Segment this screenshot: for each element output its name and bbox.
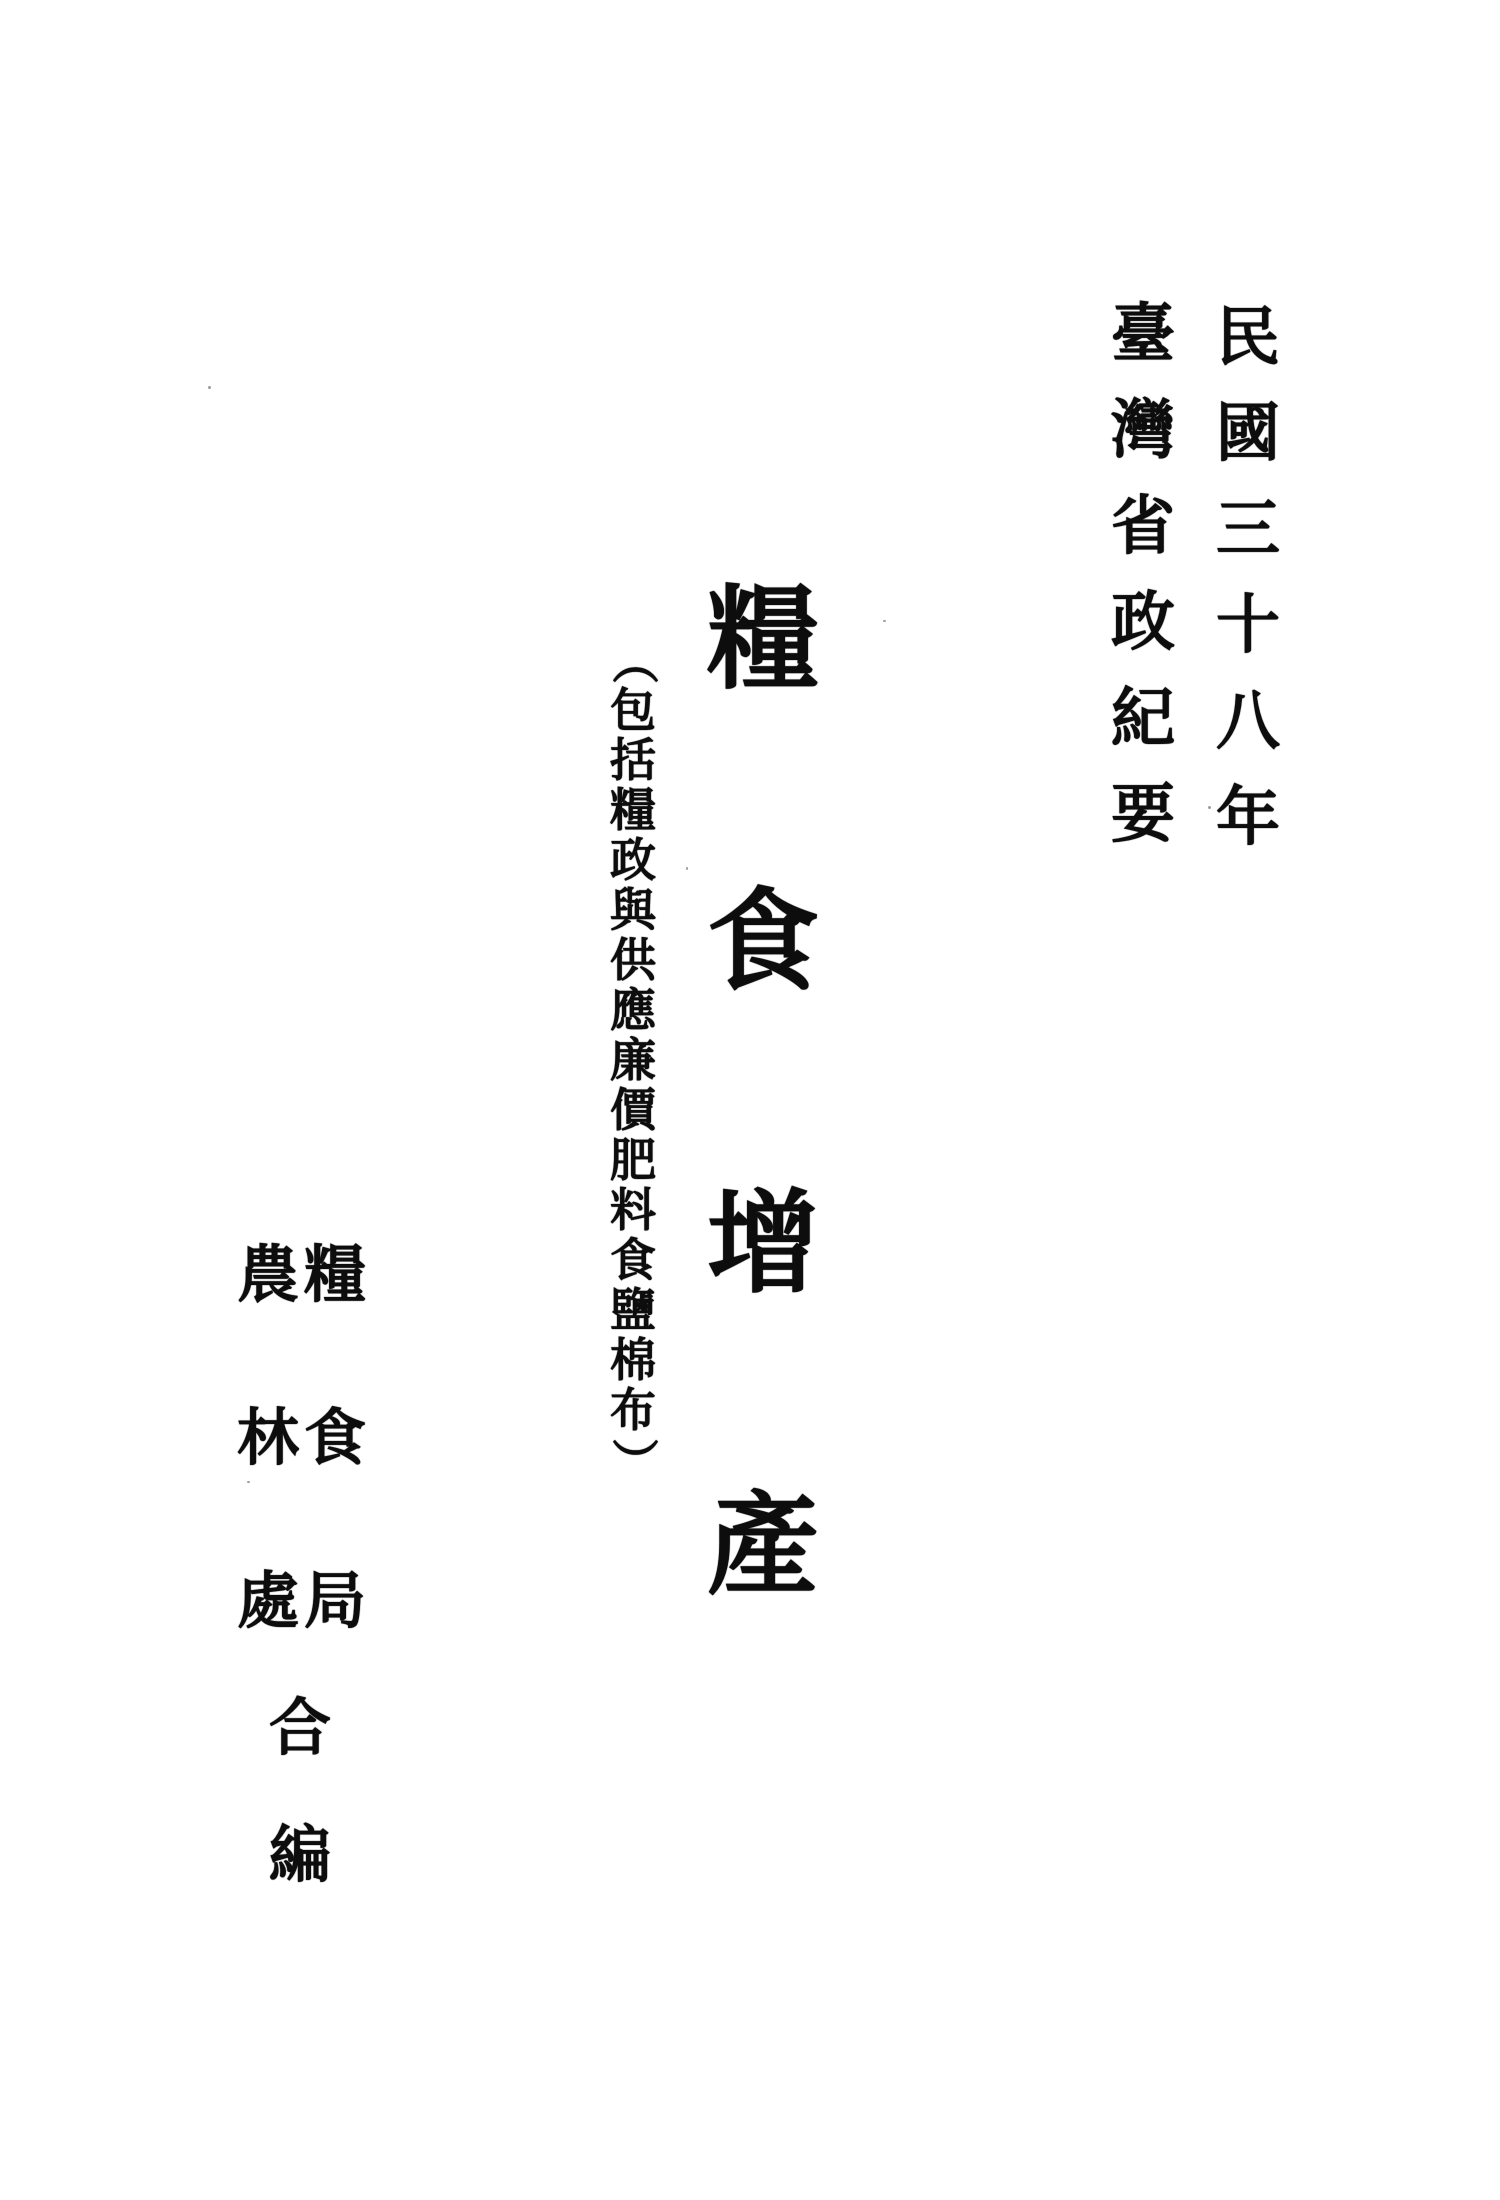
char-glyph: 糧 (304, 1245, 366, 1307)
char-glyph: 食 (610, 1238, 656, 1284)
char-glyph: 布 (610, 1388, 656, 1434)
scan-speck (1208, 806, 1211, 809)
char-glyph: 供 (610, 938, 656, 984)
char-glyph: 肥 (610, 1138, 656, 1184)
char-glyph: 合 (269, 1698, 331, 1760)
char-glyph: 鹽 (610, 1288, 656, 1334)
char-glyph: ） (610, 1438, 656, 1484)
char-glyph: 編 (269, 1825, 331, 1887)
char-glyph: 八 (1216, 690, 1280, 754)
char-glyph: 臺 (1111, 303, 1175, 367)
scanned-title-page: 民國三十八年 臺灣省政紀要 糧食增產 （包括糧政與供應廉價肥料食鹽棉布） 糧食局… (0, 0, 1500, 2200)
char-glyph: 食 (304, 1408, 366, 1470)
char-glyph: 食 (707, 887, 819, 999)
char-glyph: 料 (610, 1188, 656, 1234)
char-glyph: 處 (237, 1571, 299, 1633)
char-glyph: 增 (707, 1189, 819, 1301)
char-glyph: 政 (1111, 591, 1175, 655)
char-glyph: （ (610, 638, 656, 684)
char-glyph: 十 (1216, 594, 1280, 658)
char-glyph: 括 (610, 738, 656, 784)
scan-speck (883, 620, 886, 622)
char-glyph: 棉 (610, 1338, 656, 1384)
char-glyph: 紀 (1111, 687, 1175, 751)
char-glyph: 廉 (610, 1038, 656, 1084)
scan-speck (208, 386, 211, 389)
char-glyph: 與 (610, 888, 656, 934)
char-glyph: 民 (1216, 306, 1280, 370)
char-glyph: 要 (1111, 783, 1175, 847)
main-title-text: 糧食增產 (707, 585, 819, 1603)
char-glyph: 林 (237, 1408, 299, 1470)
header-series-text: 臺灣省政紀要 (1111, 303, 1175, 847)
char-glyph: 灣 (1111, 399, 1175, 463)
scan-speck (247, 1481, 250, 1483)
char-glyph: 糧 (707, 585, 819, 697)
char-glyph: 應 (610, 988, 656, 1034)
char-glyph: 政 (610, 838, 656, 884)
co-edited-label-text: 合編 (269, 1698, 331, 1887)
scan-speck (686, 867, 688, 870)
header-year-text: 民國三十八年 (1216, 306, 1280, 850)
char-glyph: 省 (1111, 495, 1175, 559)
char-glyph: 產 (707, 1491, 819, 1603)
publisher-food-bureau-text: 糧食局 (304, 1245, 366, 1633)
char-glyph: 包 (610, 688, 656, 734)
publisher-agriculture-forestry-text: 農林處 (237, 1245, 299, 1633)
char-glyph: 國 (1216, 402, 1280, 466)
char-glyph: 三 (1216, 498, 1280, 562)
char-glyph: 年 (1216, 786, 1280, 850)
char-glyph: 糧 (610, 788, 656, 834)
char-glyph: 農 (237, 1245, 299, 1307)
char-glyph: 價 (610, 1088, 656, 1134)
char-glyph: 局 (304, 1571, 366, 1633)
subtitle-text: （包括糧政與供應廉價肥料食鹽棉布） (610, 638, 656, 1484)
